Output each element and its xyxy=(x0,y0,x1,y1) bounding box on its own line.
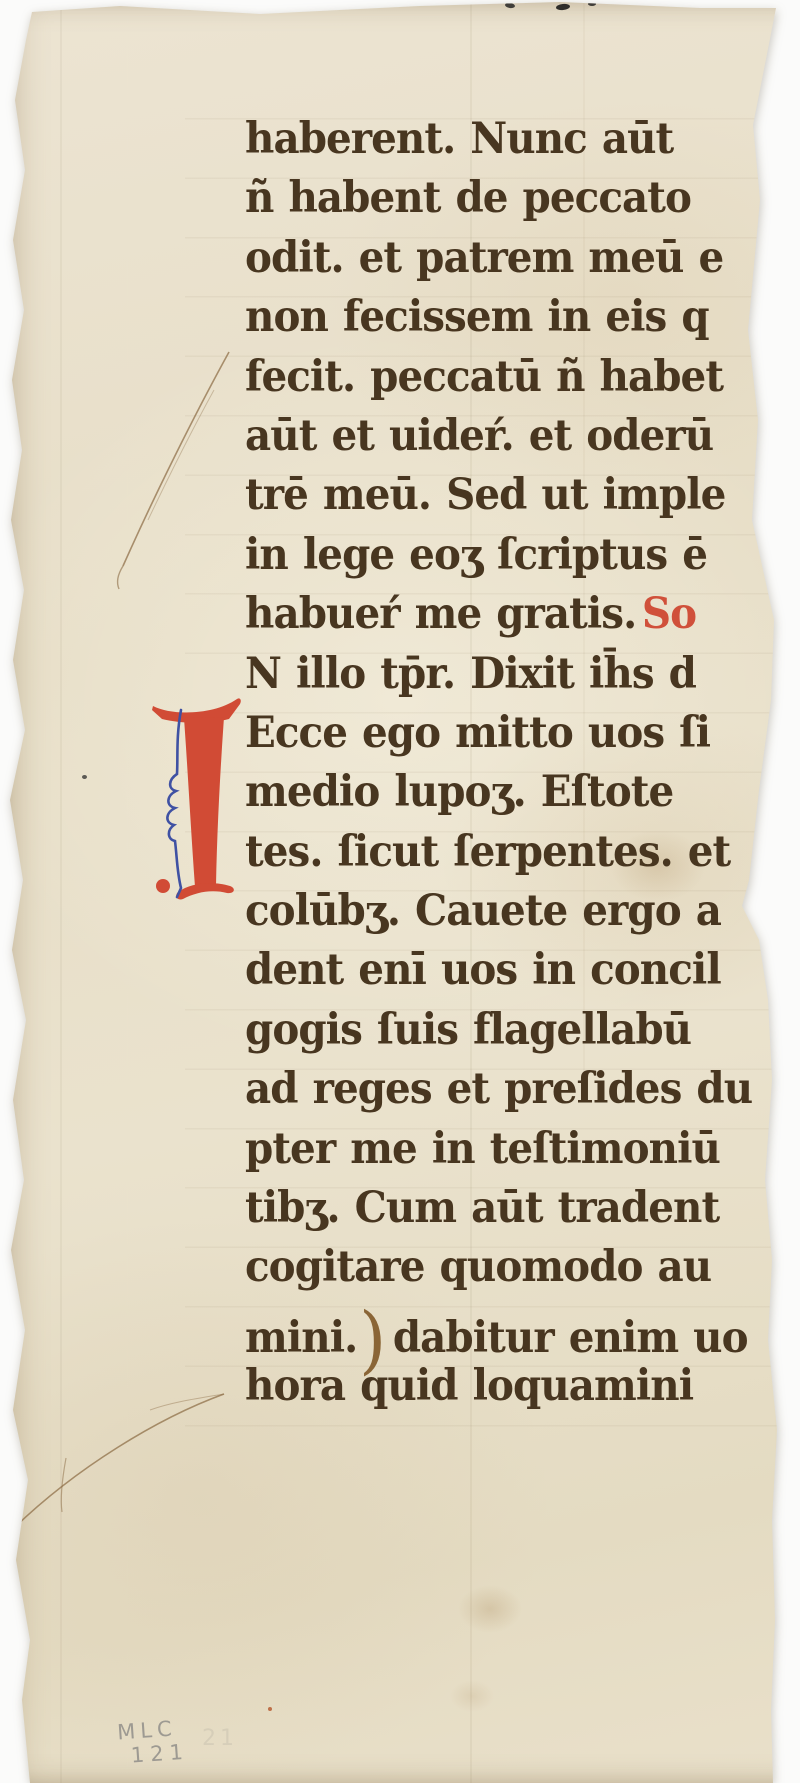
text-line: pter me in teſtimoniū xyxy=(245,1120,800,1179)
text-line: cogitare quomodo au xyxy=(245,1238,800,1297)
trimmed-ink-speck xyxy=(505,2,516,8)
text-line-with-paraph: mini.)dabitur enim uo xyxy=(245,1298,800,1357)
text-line: non fecissem in eis q xyxy=(245,288,800,347)
manuscript-leaf-wrapper: I haberent. Nunc aūt ñ habent de peccato… xyxy=(0,0,800,1783)
rubric-so: So xyxy=(642,589,696,639)
text-line: dent enī uos in concil xyxy=(245,941,800,1000)
vellum-crease xyxy=(60,0,62,1783)
text-line: odit. et patrem meū e xyxy=(245,229,800,288)
photo-backdrop: I haberent. Nunc aūt ñ habent de peccato… xyxy=(0,0,800,1783)
pencil-inscription: MLC 121 xyxy=(116,1716,189,1769)
text-line: Ecce ego mitto uos ſi xyxy=(245,704,800,763)
text-line: ad reges et preſides du xyxy=(245,1060,800,1119)
trimmed-ink-speck xyxy=(556,3,571,10)
text-line: ñ habent de peccato xyxy=(245,169,800,228)
pencil-inscription-line2: 121 xyxy=(130,1740,190,1768)
text-line: aūt et uideŕ. et oderū xyxy=(245,407,800,466)
text-line: N illo tp̄r. Dixit ih̄s d xyxy=(245,645,800,704)
initial-I-drawing xyxy=(150,692,242,904)
text-line: colūbʒ. Cauete ergo a xyxy=(245,882,800,941)
illuminated-initial-I: I xyxy=(150,692,242,904)
text-line: medio lupoʒ. Eſtote xyxy=(245,763,800,822)
text-line: tibʒ. Cum aūt tradent xyxy=(245,1179,800,1238)
parchment-stain xyxy=(458,1585,522,1633)
text-line: in lege eoʒ ſcriptus ē xyxy=(245,526,800,585)
text-line: hora quid loquamini xyxy=(245,1357,800,1416)
rust-speck xyxy=(268,1707,272,1711)
manuscript-leaf: I haberent. Nunc aūt ñ habent de peccato… xyxy=(0,0,800,1783)
parchment-stain xyxy=(450,1680,494,1712)
text-line: tes. ſicut ſerpentes. et xyxy=(245,823,800,882)
erased-pencil-mark: 21 xyxy=(202,1726,238,1751)
text-block: haberent. Nunc aūt ñ habent de peccato o… xyxy=(245,110,800,1417)
trimmed-ink-speck xyxy=(588,2,596,6)
paraph-mark: ) xyxy=(359,1297,386,1383)
text-line: haberent. Nunc aūt xyxy=(245,110,800,169)
text-line: gogis ſuis flagellabū xyxy=(245,1001,800,1060)
text-line: fecit. peccatū ñ habet xyxy=(245,348,800,407)
ink-speck xyxy=(82,775,87,779)
text-line: trē meū. Sed ut imple xyxy=(245,466,800,525)
text-line-with-rubric: habueŕ me gratis.So xyxy=(245,585,800,644)
